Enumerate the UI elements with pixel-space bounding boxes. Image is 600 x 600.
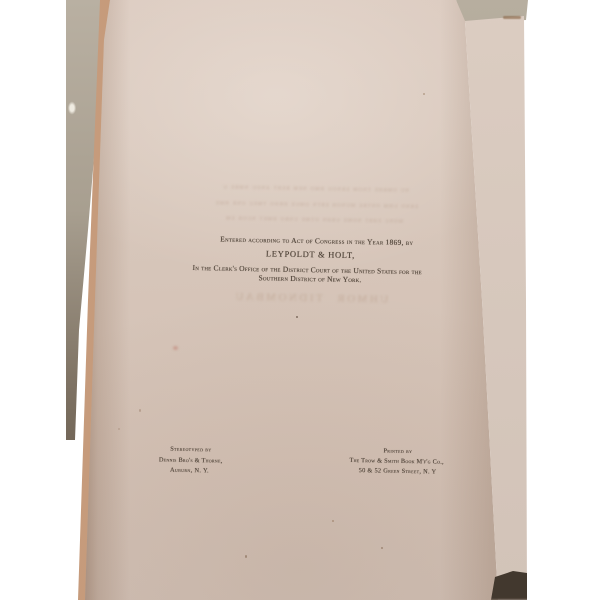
copyright-district-line: Southern District of New York. <box>258 273 361 284</box>
page-text-layer: nu omrhe tnom ernou hmo nem reht anou nm… <box>0 0 600 600</box>
printer-heading: Printed by <box>383 448 412 456</box>
foxing-speck <box>118 428 120 430</box>
printer-address: 50 & 52 Green Street, N. Y <box>359 467 437 475</box>
publisher-name: LEYPOLDT & HOLT, <box>266 248 355 260</box>
show-through-title: UHMOR TIDNOMBAU <box>233 291 388 306</box>
foxing-speck <box>245 555 247 558</box>
show-through-text-line: erno uhm ontre munoh ertn omue hrno tmeu… <box>215 197 418 210</box>
stereotyper-city: Auburn, N. Y. <box>170 467 209 475</box>
show-through-text-line: nu omrhe tnom ernou hmo nem reht anou nm… <box>222 182 409 194</box>
printer-name: The Trow & Smith Book M'f'g Co., <box>349 456 444 465</box>
foxing-speck <box>296 316 298 318</box>
foxing-speck <box>139 409 141 412</box>
foxing-speck <box>173 346 178 350</box>
show-through-text-line: monu ehrt nome urhn otme unro hmet nuor … <box>225 213 403 225</box>
copyright-entered-line: Entered according to Act of Congress in … <box>220 235 413 248</box>
foxing-speck <box>381 547 383 549</box>
stereotyper-heading: Stereotyped by <box>170 446 211 454</box>
stereotyper-name: Dennis Bro's & Thorne, <box>159 456 223 464</box>
photo-of-open-book: nu omrhe tnom ernou hmo nem reht anou nm… <box>0 0 600 600</box>
foxing-speck <box>423 93 425 95</box>
foxing-speck <box>332 520 334 522</box>
